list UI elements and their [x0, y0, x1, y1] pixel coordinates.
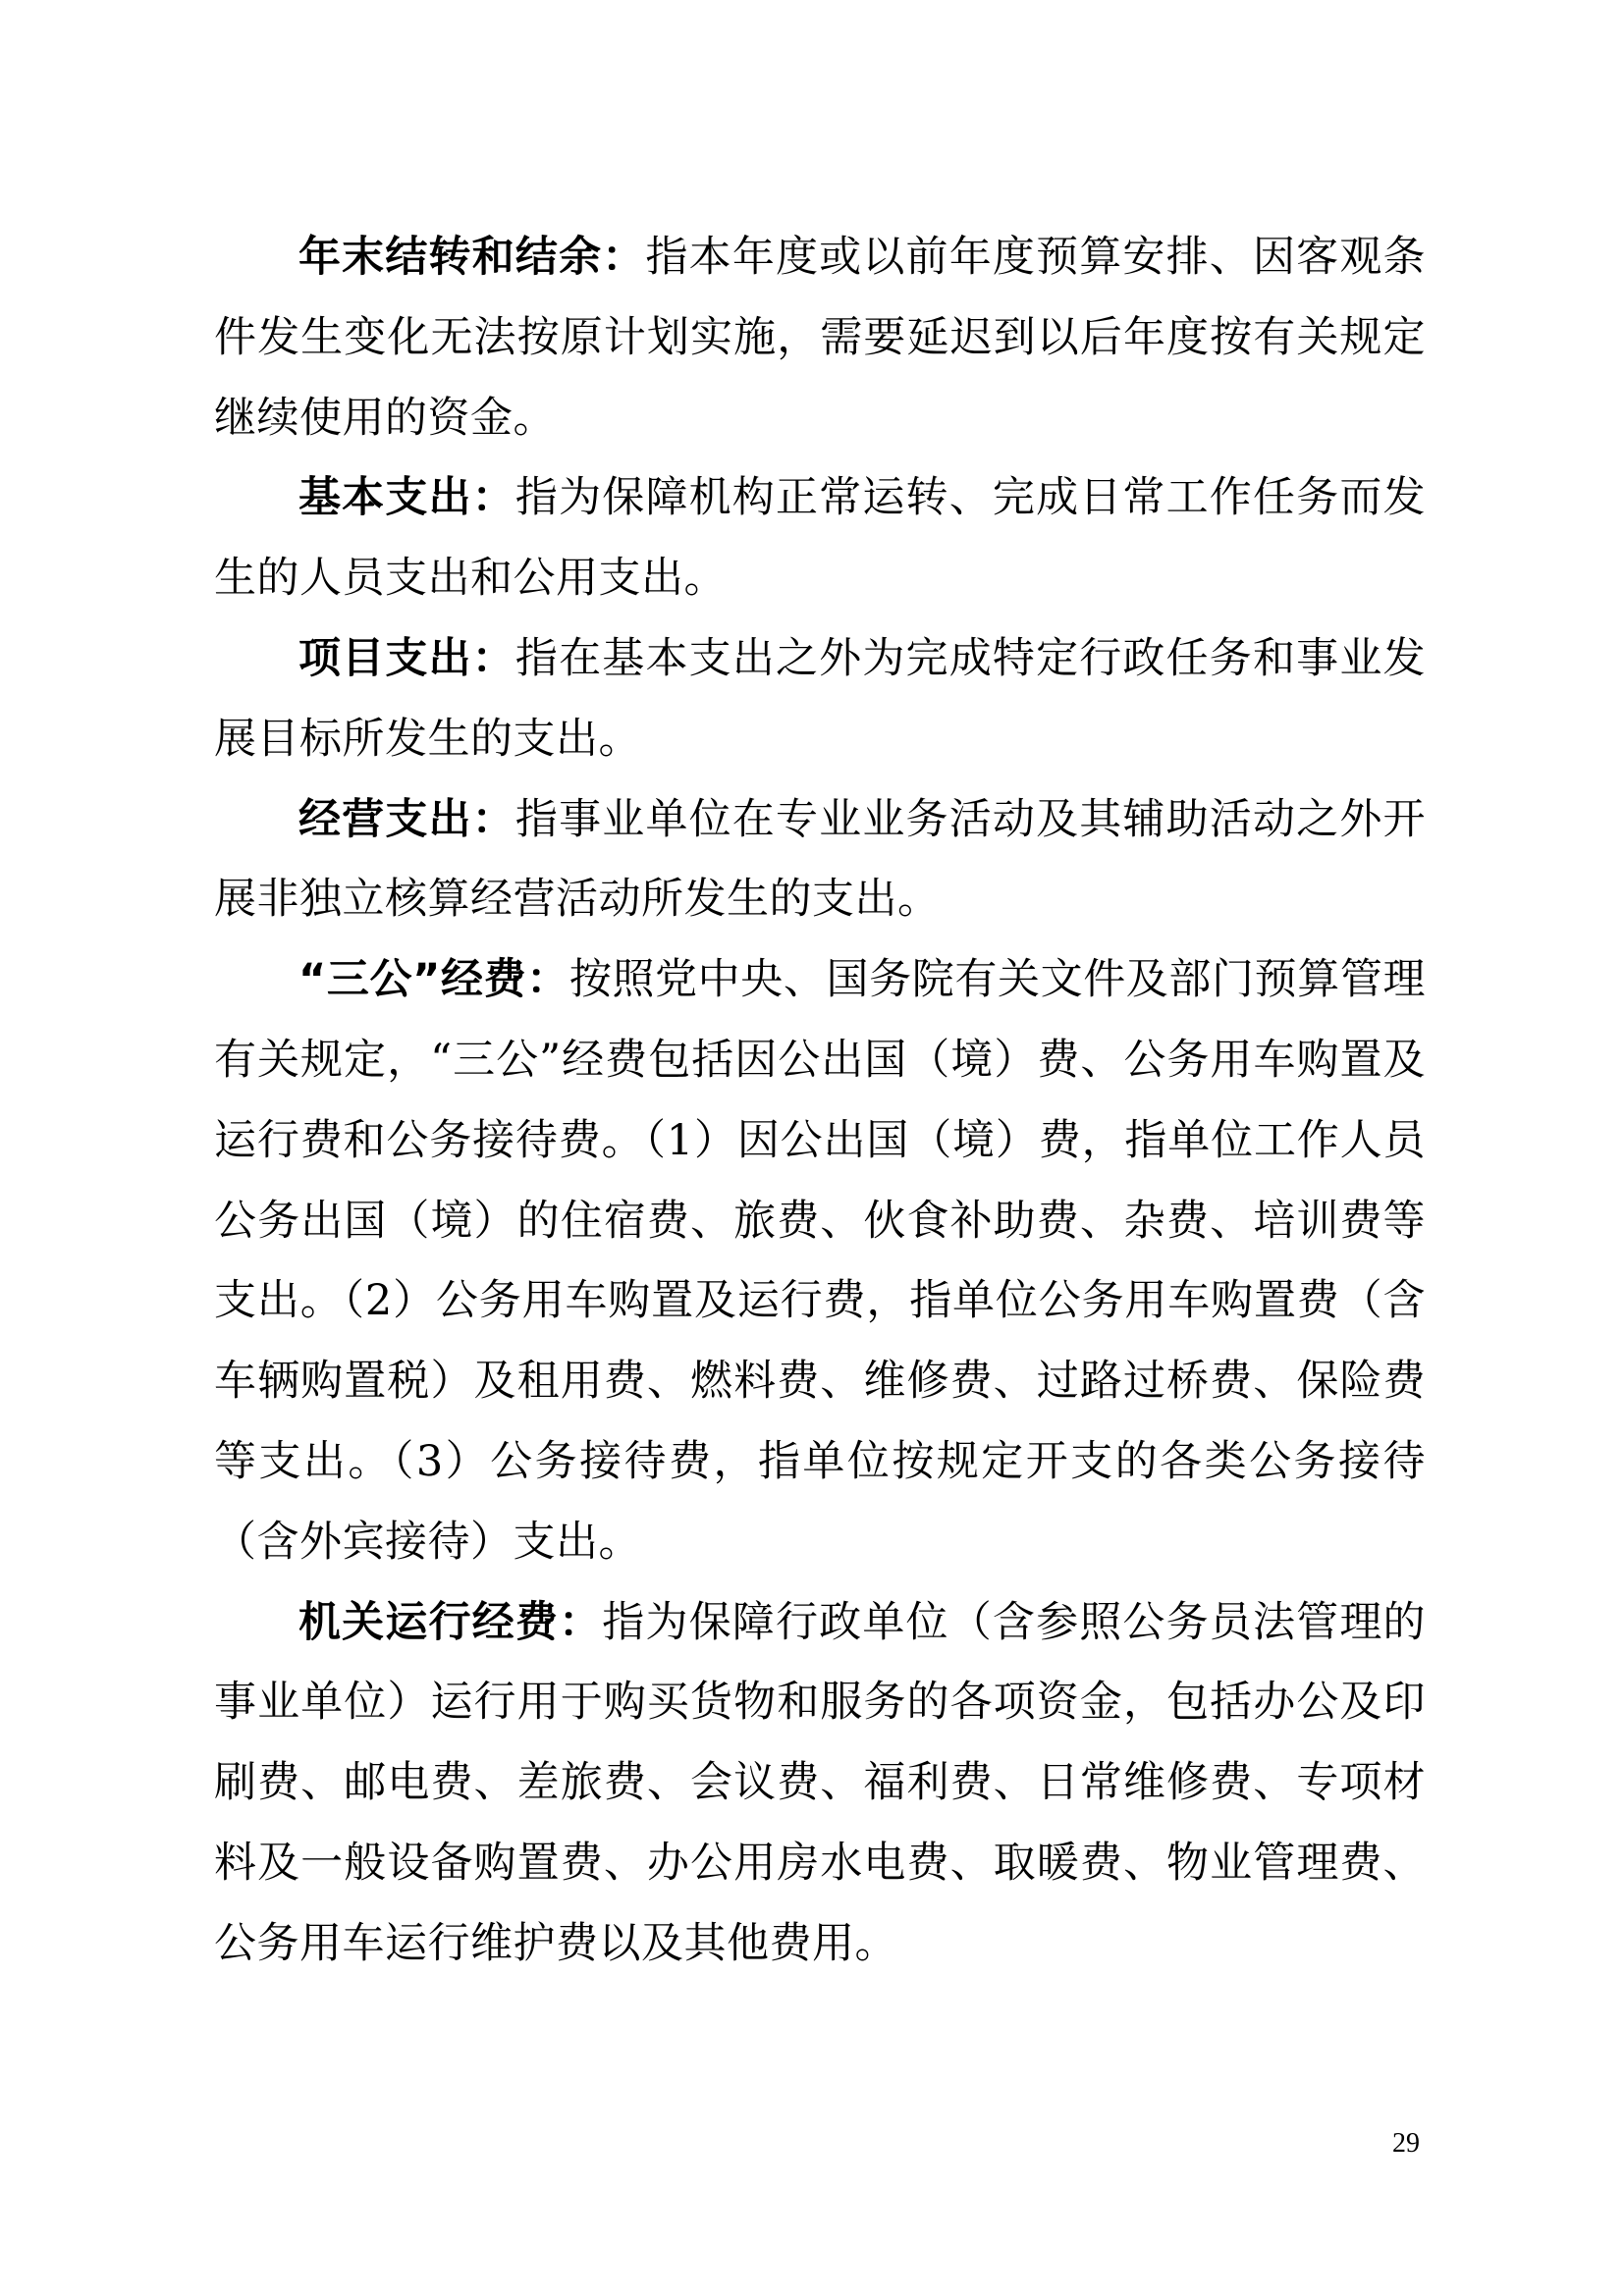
- definition-text: 按照党中央、国务院有关文件及部门预算管理有关规定，“三公”经费包括因公出国（境）…: [214, 955, 1426, 1567]
- term-label: 项目支出：: [298, 634, 515, 683]
- definition-year-end-carryover: 年末结转和结余：指本年度或以前年度预算安排、因客观条件发生变化无法按原计划实施，…: [214, 218, 1426, 458]
- definition-basic-expenditure: 基本支出：指为保障机构正常运转、完成日常工作任务而发生的人员支出和公用支出。: [214, 458, 1426, 619]
- page-number: 29: [1392, 2128, 1420, 2160]
- term-label: 经营支出：: [298, 795, 515, 844]
- definition-text: 指为保障行政单位（含参照公务员法管理的事业单位）运行用于购买货物和服务的各项资金…: [214, 1598, 1426, 1968]
- definition-three-public-expenses: “三公”经费：按照党中央、国务院有关文件及部门预算管理有关规定，“三公”经费包括…: [214, 940, 1426, 1582]
- definition-agency-operating-funds: 机关运行经费：指为保障行政单位（含参照公务员法管理的事业单位）运行用于购买货物和…: [214, 1583, 1426, 1985]
- term-label: 机关运行经费：: [298, 1598, 602, 1647]
- definition-project-expenditure: 项目支出：指在基本支出之外为完成特定行政任务和事业发展目标所发生的支出。: [214, 619, 1426, 780]
- document-page-body: 年末结转和结余：指本年度或以前年度预算安排、因客观条件发生变化无法按原计划实施，…: [214, 218, 1426, 1985]
- term-label: 基本支出：: [298, 473, 515, 522]
- definition-operating-expenditure: 经营支出：指事业单位在专业业务活动及其辅助活动之外开展非独立核算经营活动所发生的…: [214, 780, 1426, 941]
- term-label: 年末结转和结余：: [298, 233, 645, 282]
- term-label: “三公”经费：: [298, 955, 569, 1004]
